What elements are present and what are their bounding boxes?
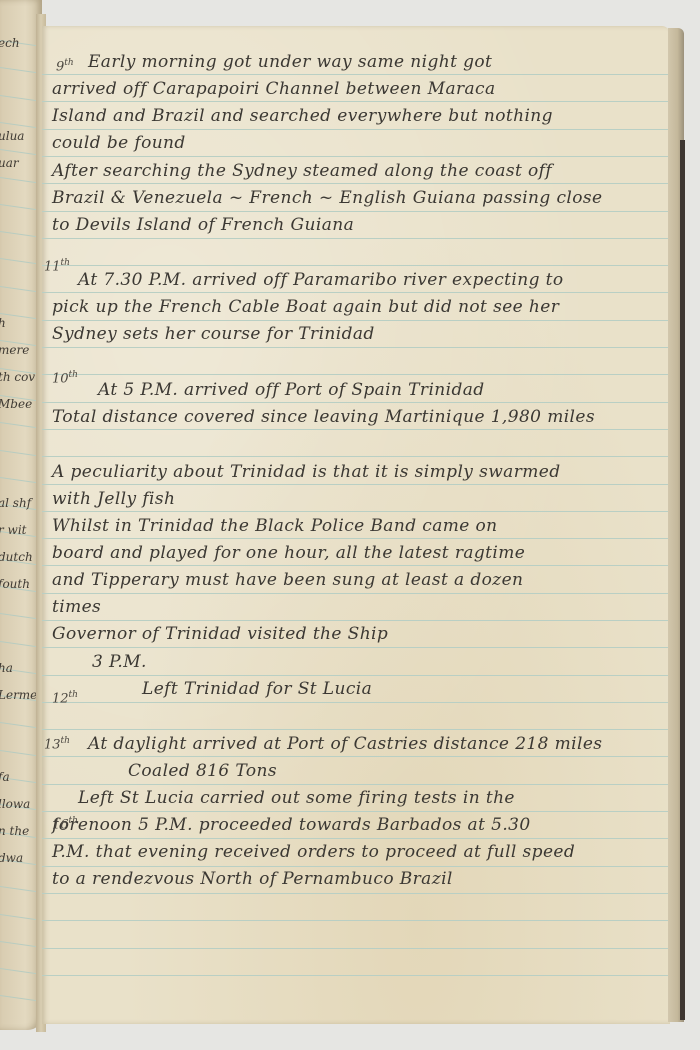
handwritten-line: At 7.30 P.M. arrived off Paramaribo rive… [78, 270, 564, 290]
ruled-line [42, 948, 670, 949]
ruled-line [42, 729, 670, 730]
handwritten-line: could be found [52, 133, 186, 153]
handwritten-line: After searching the Sydney steamed along… [52, 161, 552, 181]
left-page-fragment: n the [0, 824, 29, 838]
ruled-line [42, 811, 670, 812]
handwritten-line: P.M. that evening received orders to pro… [52, 842, 575, 862]
handwritten-line: Brazil & Venezuela ~ French ~ English Gu… [52, 188, 602, 208]
handwritten-line: 3 P.M. [92, 652, 147, 672]
ruled-line [42, 211, 670, 212]
handwritten-line: board and played for one hour, all the l… [52, 543, 525, 563]
entry-date: 16th [52, 816, 78, 832]
handwritten-line: pick up the French Cable Boat again but … [52, 297, 559, 317]
ruled-line [42, 893, 670, 894]
entry-date: 9th [56, 58, 74, 74]
ruled-line [42, 866, 670, 867]
handwritten-line: Total distance covered since leaving Mar… [52, 407, 595, 427]
handwritten-line: Island and Brazil and searched everywher… [52, 106, 553, 126]
handwritten-line: Left St Lucia carried out some firing te… [78, 788, 515, 808]
entry-date: 10th [52, 370, 78, 386]
entry-date: 12th [52, 690, 78, 706]
ruled-line [42, 101, 670, 102]
left-page-fragment: Lermel [0, 688, 41, 702]
left-page-fragment: llowa [0, 797, 30, 811]
entry-date: 13th [44, 736, 70, 752]
handwritten-line: Early morning got under way same night g… [88, 52, 492, 72]
ruled-line [42, 647, 670, 648]
handwritten-line: to Devils Island of French Guiana [52, 215, 354, 235]
ruled-line [42, 593, 670, 594]
ruled-line [42, 74, 670, 75]
handwritten-line: At daylight arrived at Port of Castries … [88, 734, 602, 754]
book-cover-edge [680, 140, 685, 1020]
handwritten-line: and Tipperary must have been sung at lea… [52, 570, 523, 590]
ruled-line [42, 511, 670, 512]
ruled-line [42, 374, 670, 375]
ruled-line [42, 320, 670, 321]
ruled-line [42, 238, 670, 239]
handwritten-line: arrived off Carapapoiri Channel between … [52, 79, 496, 99]
handwritten-line: Whilst in Trinidad the Black Police Band… [52, 516, 498, 536]
handwritten-line: At 5 P.M. arrived off Port of Spain Trin… [98, 380, 485, 400]
left-page-fragment: ech [0, 36, 20, 50]
handwritten-line: Coaled 816 Tons [128, 761, 277, 781]
left-page-fragment: al shf [0, 496, 31, 510]
left-page-fragment: ulua [0, 129, 24, 143]
ruled-line [42, 347, 670, 348]
ruled-line [42, 484, 670, 485]
left-page-fragment: fa [0, 770, 10, 784]
ruled-line [42, 920, 670, 921]
ruled-line [42, 129, 670, 130]
left-page-fragment: r wit [0, 523, 26, 537]
ruled-line [42, 429, 670, 430]
ruled-line [42, 784, 670, 785]
ruled-line [42, 538, 670, 539]
left-page-fragment: fouth [0, 577, 30, 591]
ruled-line [42, 838, 670, 839]
ruled-line [42, 620, 670, 621]
left-page-fragment: mere [0, 343, 29, 357]
handwritten-line: times [52, 597, 101, 617]
ruled-line [42, 402, 670, 403]
handwritten-line: Left Trinidad for St Lucia [142, 679, 372, 699]
ruled-line [42, 265, 670, 266]
ruled-line [42, 565, 670, 566]
ruled-line [42, 675, 670, 676]
ruled-line [42, 183, 670, 184]
left-page-fragment: uar [0, 156, 19, 170]
ruled-line [42, 756, 670, 757]
handwritten-line: Sydney sets her course for Trinidad [52, 324, 375, 344]
ruled-line [42, 456, 670, 457]
ruled-line [42, 702, 670, 703]
left-page-fragment: dwa [0, 851, 23, 865]
left-page-fragment: dutch [0, 550, 33, 564]
left-page-fragment: h [0, 316, 6, 330]
ruled-line [42, 975, 670, 976]
logbook-page: Early morning got under way same night g… [42, 26, 670, 1024]
ruled-line [42, 156, 670, 157]
ruled-line [42, 292, 670, 293]
handwritten-line: to a rendezvous North of Pernambuco Braz… [52, 869, 453, 889]
entry-date: 11th [44, 258, 70, 274]
left-page-fragment: ha [0, 661, 13, 675]
left-page-fragment: Mbee [0, 397, 32, 411]
left-page-fragment: th cov [0, 370, 35, 384]
handwritten-line: with Jelly fish [52, 489, 175, 509]
handwritten-line: A peculiarity about Trinidad is that it … [52, 462, 561, 482]
handwritten-line: Governor of Trinidad visited the Ship [52, 624, 388, 644]
handwritten-line: forenoon 5 P.M. proceeded towards Barbad… [52, 815, 531, 835]
